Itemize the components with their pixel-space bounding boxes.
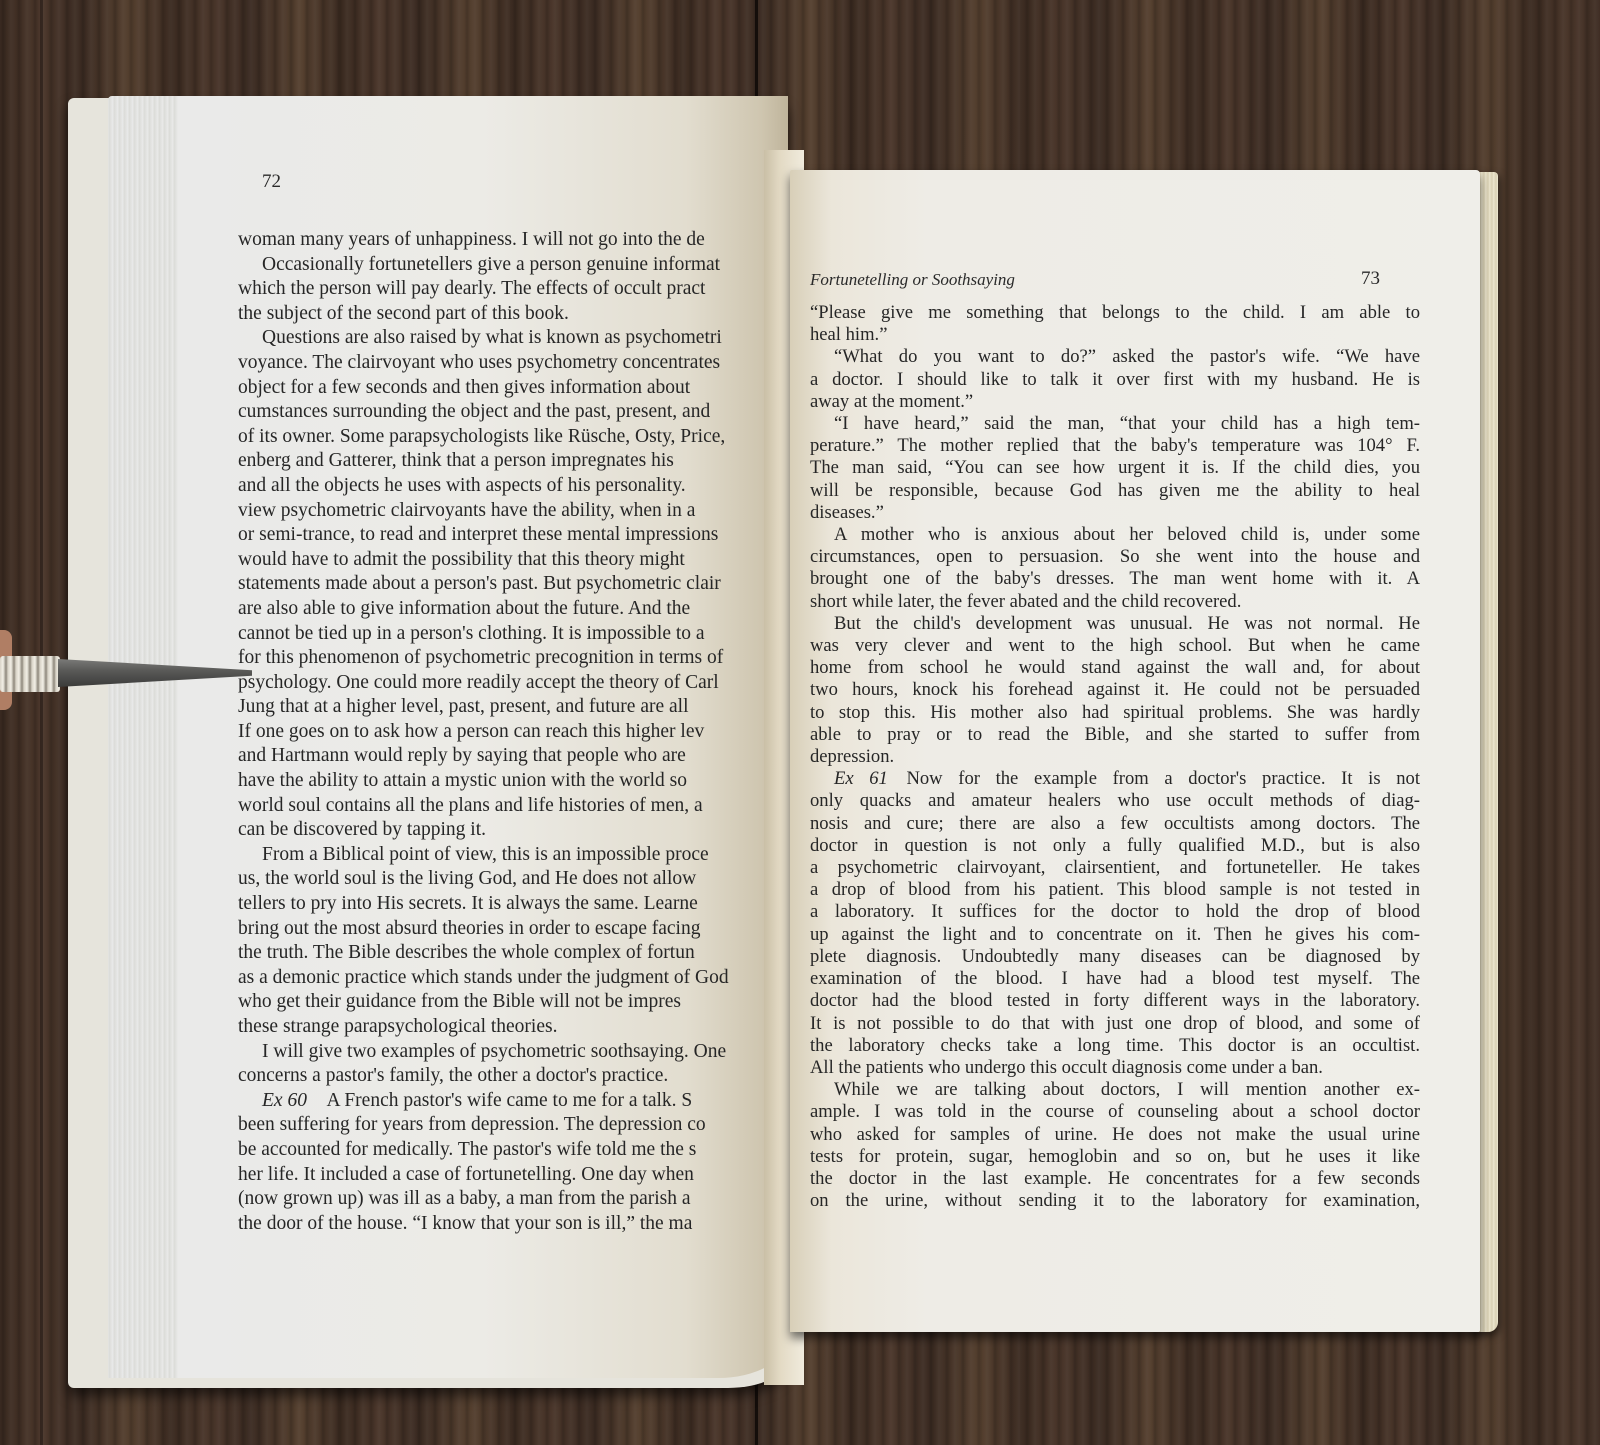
text-line: two hours, knock his forehead against it… — [810, 679, 1420, 701]
text-line: psychology. One could more readily accep… — [238, 671, 788, 696]
text-line: these strange parapsychological theories… — [238, 1015, 788, 1040]
pointer-tool-grip — [0, 656, 60, 692]
text-line: a doctor. I should like to talk it over … — [810, 369, 1420, 391]
text-line: woman many years of unhappiness. I will … — [238, 228, 788, 253]
text-line: us, the world soul is the living God, an… — [238, 867, 788, 892]
text-line: who get their guidance from the Bible wi… — [238, 990, 788, 1015]
running-head: Fortunetelling or Soothsaying — [810, 270, 1015, 290]
text-line: home from school he would stand against … — [810, 657, 1420, 679]
text-line: While we are talking about doctors, I wi… — [810, 1079, 1420, 1101]
text-line: as a demonic practice which stands under… — [238, 966, 788, 991]
text-line: doctor had the blood tested in forty dif… — [810, 990, 1420, 1012]
text-line: “What do you want to do?” asked the past… — [810, 346, 1420, 368]
text-line: bring out the most absurd theories in or… — [238, 917, 788, 942]
text-line: cumstances surrounding the object and th… — [238, 400, 788, 425]
text-line: world soul contains all the plans and li… — [238, 794, 788, 819]
text-line: “Please give me something that belongs t… — [810, 302, 1420, 324]
left-page: 72 woman many years of unhappiness. I wi… — [108, 96, 788, 1378]
text-line: I will give two examples of psychometric… — [238, 1040, 788, 1065]
text-line: doctor in question is not only a fully q… — [810, 835, 1420, 857]
pointer-tool — [0, 656, 252, 692]
text-line: tests for protein, sugar, hemoglobin and… — [810, 1146, 1420, 1168]
text-line: A mother who is anxious about her belove… — [810, 524, 1420, 546]
text-line: concerns a pastor's family, the other a … — [238, 1064, 788, 1089]
text-line: Questions are also raised by what is kno… — [238, 326, 788, 351]
page-number: 73 — [1361, 268, 1380, 290]
text-line: have the ability to attain a mystic unio… — [238, 769, 788, 794]
text-line: or semi-trance, to read and interpret th… — [238, 523, 788, 548]
text-line: nosis and cure; there are also a few occ… — [810, 813, 1420, 835]
text-line: But the child's development was unusual.… — [810, 613, 1420, 635]
text-line: object for a few seconds and then gives … — [238, 376, 788, 401]
text-line: tellers to pry into His secrets. It is a… — [238, 892, 788, 917]
text-line: the subject of the second part of this b… — [238, 302, 788, 327]
text-line: who asked for samples of urine. He does … — [810, 1124, 1420, 1146]
text-line: Ex 60 A French pastor's wife came to me … — [238, 1089, 788, 1114]
text-line: cannot be tied up in a person's clothing… — [238, 622, 788, 647]
text-line: up against the light and to concentrate … — [810, 924, 1420, 946]
text-line: examination of the blood. I have had a b… — [810, 968, 1420, 990]
pointer-tool-tip — [58, 659, 252, 687]
text-line: are also able to give information about … — [238, 597, 788, 622]
text-line: only quacks and amateur healers who use … — [810, 790, 1420, 812]
text-line: enberg and Gatterer, think that a person… — [238, 449, 788, 474]
text-line: view psychometric clairvoyants have the … — [238, 499, 788, 524]
text-line: a drop of blood from his patient. This b… — [810, 879, 1420, 901]
text-line: the doctor in the last example. He conce… — [810, 1168, 1420, 1190]
right-page-text: “Please give me something that belongs t… — [810, 302, 1420, 1212]
page-edge-lines — [108, 96, 178, 1378]
text-line: heal him.” — [810, 324, 1420, 346]
text-line: plete diagnosis. Undoubtedly many diseas… — [810, 946, 1420, 968]
text-line: From a Biblical point of view, this is a… — [238, 843, 788, 868]
text-line: The man said, “You can see how urgent it… — [810, 457, 1420, 479]
text-line: If one goes on to ask how a person can r… — [238, 720, 788, 745]
text-line: away at the moment.” — [810, 391, 1420, 413]
text-line: circumstances, open to persuasion. So sh… — [810, 546, 1420, 568]
text-line: the laboratory checks take a long time. … — [810, 1035, 1420, 1057]
text-line: Occasionally fortunetellers give a perso… — [238, 253, 788, 278]
text-line: will be responsible, because God has giv… — [810, 480, 1420, 502]
text-line: diseases.” — [810, 502, 1420, 524]
page-number: 72 — [262, 171, 281, 193]
text-line: short while later, the fever abated and … — [810, 591, 1420, 613]
text-line: “I have heard,” said the man, “that your… — [810, 413, 1420, 435]
text-line: ample. I was told in the course of couns… — [810, 1101, 1420, 1123]
text-line: for this phenomenon of psychometric prec… — [238, 646, 788, 671]
text-line: the door of the house. “I know that your… — [238, 1212, 788, 1237]
text-line: voyance. The clairvoyant who uses psycho… — [238, 351, 788, 376]
example-label: Ex 60 — [262, 1090, 326, 1111]
text-line: of its owner. Some parapsychologists lik… — [238, 425, 788, 450]
text-line: (now grown up) was ill as a baby, a man … — [238, 1187, 788, 1212]
left-page-text: woman many years of unhappiness. I will … — [238, 228, 788, 1236]
text-line: which the person will pay dearly. The ef… — [238, 277, 788, 302]
table-plank-seam — [40, 0, 43, 1445]
example-label: Ex 61 — [834, 768, 906, 789]
text-line: been suffering for years from depression… — [238, 1113, 788, 1138]
text-line: and Hartmann would reply by saying that … — [238, 744, 788, 769]
right-page: Fortunetelling or Soothsaying 73 “Please… — [790, 170, 1480, 1332]
text-line: depression. — [810, 746, 1420, 768]
text-line: All the patients who undergo this occult… — [810, 1057, 1420, 1079]
text-line: brought one of the baby's dresses. The m… — [810, 568, 1420, 590]
text-line: the truth. The Bible describes the whole… — [238, 941, 788, 966]
text-line: perature.” The mother replied that the b… — [810, 435, 1420, 457]
text-line: to stop this. His mother also had spirit… — [810, 702, 1420, 724]
text-line: It is not possible to do that with just … — [810, 1013, 1420, 1035]
text-line: statements made about a person's past. B… — [238, 572, 788, 597]
text-line: would have to admit the possibility that… — [238, 548, 788, 573]
text-line: be accounted for medically. The pastor's… — [238, 1138, 788, 1163]
text-line: Ex 61 Now for the example from a doctor'… — [810, 768, 1420, 790]
text-line: her life. It included a case of fortunet… — [238, 1163, 788, 1188]
text-line: able to pray or to read the Bible, and s… — [810, 724, 1420, 746]
text-line: can be discovered by tapping it. — [238, 818, 788, 843]
text-line: was very clever and went to the high sch… — [810, 635, 1420, 657]
text-line: Jung that at a higher level, past, prese… — [238, 695, 788, 720]
text-line: on the urine, without sending it to the … — [810, 1190, 1420, 1212]
text-line: a laboratory. It suffices for the doctor… — [810, 901, 1420, 923]
text-line: a psychometric clairvoyant, clairsentien… — [810, 857, 1420, 879]
text-line: and all the objects he uses with aspects… — [238, 474, 788, 499]
